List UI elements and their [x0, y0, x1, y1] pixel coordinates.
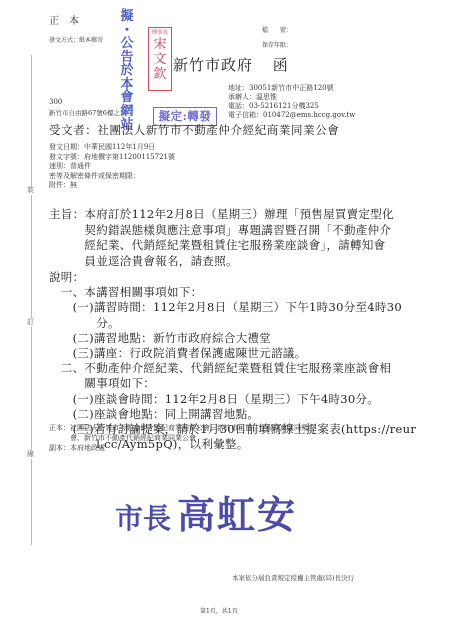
subject-line: 經紀業、代銷經紀業暨租賃住宅服務業座談會」，請轉知會 [49, 238, 394, 254]
explanation-heading: 說明： [49, 270, 416, 285]
page-info: 第1頁，共1頁 [200, 606, 238, 615]
contact-phone: 電話：03-5216121分機325 [228, 102, 355, 111]
recipient-line: 受文者：社團法人新竹市不動產仲介經紀商業同業公會 [49, 122, 339, 138]
vertical-approval-stamp: 擬 ・ 公 告 於 本 會 網 站 [119, 10, 135, 132]
copy-type: 正 本 [49, 12, 79, 27]
agency-title: 新竹市政府 函 [173, 54, 289, 75]
explanation-line: 分。 [49, 316, 416, 331]
delegation-note: 本案依分層負責規定授權主管處(局)長決行 [232, 573, 354, 582]
explanation-line: 二、不動產仲介經紀業、代銷經紀業暨租賃住宅服務業座談會相 [49, 361, 416, 376]
issue-date: 發文日期：中華民國112年1月9日 [49, 143, 175, 153]
subject-line: 員並逕洽貴會報名，請查照。 [49, 254, 394, 270]
file-number-label: 檔 號： [262, 25, 292, 34]
explanation-line: 關事項如下： [49, 376, 416, 391]
subject-section: 主旨：本府訂於112年2月8日（星期三）辦理「預售屋買賣定型化 契約錯誤態樣與應… [49, 207, 394, 269]
security-classification: 密等及解密條件或保密期限： [49, 172, 175, 182]
agency-address: 地址：30051新竹市中正路120號 [228, 84, 355, 93]
original-recipients: 正本：社團法人新竹市不動產仲介經紀商業同業公會、新竹市租賃住宅服務商業同業公 [49, 424, 315, 434]
attachments: 附件：無 [49, 181, 175, 191]
document-type: 函 [273, 56, 289, 74]
delivery-speed: 速別：普通件 [49, 162, 175, 172]
binding-mark-ding: 訂 [27, 318, 34, 327]
explanation-line: (三)講座：行政院消費者保護處陳世元諮議。 [49, 346, 416, 361]
binding-mark-zhuang: 裝 [27, 186, 34, 195]
distribution-section: 正本：社團法人新竹市不動產仲介經紀商業同業公會、新竹市租賃住宅服務商業同業公 會… [49, 424, 315, 454]
recipient-postcode: 300 [49, 98, 62, 106]
original-recipients-cont: 會、新竹市不動產代銷經紀商業同業公會 [49, 434, 315, 444]
explanation-line: (一)講習時間：112年2月8日（星期三）下午1時30分至4時30 [49, 300, 416, 315]
send-method: 發文方式：紙本郵寄 [49, 35, 103, 44]
explanation-line: 一、本講習相關事項如下： [49, 285, 416, 300]
contact-block: 地址：30051新竹市中正路120號 承辦人：溫思惟 電話：03-5216121… [228, 84, 355, 120]
agency-name: 新竹市政府 [173, 56, 253, 74]
explanation-line: (二)座談會地點：同上開講習地點。 [49, 407, 416, 422]
mayor-signature: 市長高虹安 [115, 484, 297, 539]
subject-line: 契約錯誤態樣與應注意事項」專題講習暨召開「不動產仲介 [49, 223, 394, 239]
retention-label: 保存年限： [262, 40, 292, 49]
signature-title: 市長 [115, 502, 171, 535]
signature-name: 高虹安 [177, 492, 297, 537]
copy-recipients: 副本：本府地政處 [49, 444, 315, 454]
contact-person: 承辦人：溫思惟 [228, 93, 355, 102]
chairman-seal-stamp: 理事長 宋 文 欽 [148, 27, 172, 91]
binding-line [31, 55, 32, 545]
recipient-address: 新竹市自由路67號6樓之1 [49, 108, 124, 117]
contact-email: 電子信箱：010472@ems.hccg.gov.tw [228, 111, 355, 120]
explanation-line: (二)講習地點：新竹市政府綜合大禮堂 [49, 331, 416, 346]
subject-line: 主旨：本府訂於112年2月8日（星期三）辦理「預售屋買賣定型化 [49, 207, 394, 223]
document-meta: 發文日期：中華民國112年1月9日 發文字號：府地價字第11200115721號… [49, 143, 175, 191]
document-number: 發文字號：府地價字第11200115721號 [49, 153, 175, 163]
binding-mark-xian: 線 [27, 450, 34, 459]
explanation-line: (一)座談會時間：112年2月8日（星期三）下午4時30分。 [49, 392, 416, 407]
